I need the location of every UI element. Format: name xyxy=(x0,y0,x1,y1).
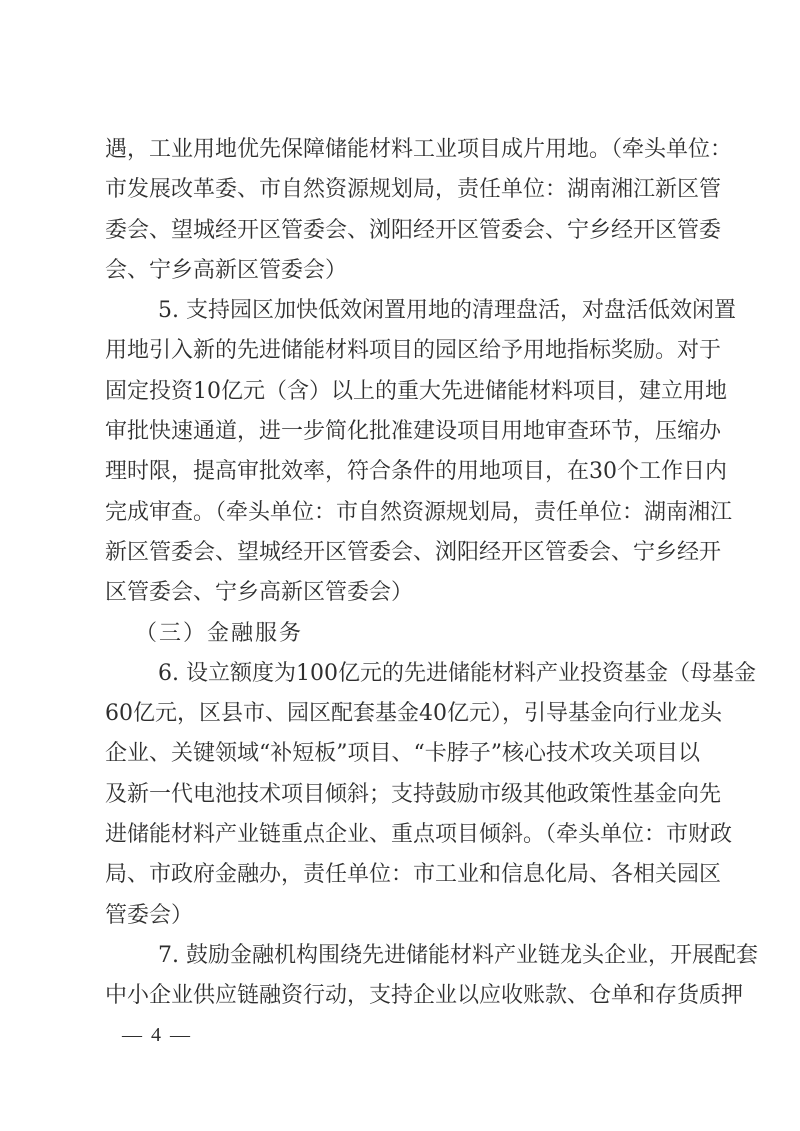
section-heading-finance: （三）金融服务 xyxy=(105,614,695,654)
paragraph-line: 企业、关键领域“补短板”项目、“卡脖子”核心技术攻关项目以 xyxy=(105,734,695,774)
body-text: 遇，工业用地优先保障储能材料工业项目成片用地。（牵头单位： 市发展改革委、市自然… xyxy=(105,130,695,1017)
paragraph-line: 完成审查。（牵头单位：市自然资源规划局，责任单位：湖南湘江 xyxy=(105,493,695,533)
item-5-first-line: 5. 支持园区加快低效闲置用地的清理盘活，对盘活低效闲置 xyxy=(105,291,695,331)
paragraph-line: 中小企业供应链融资行动，支持企业以应收账款、仓单和存货质押 xyxy=(105,976,695,1016)
paragraph-line: 会、宁乡高新区管委会） xyxy=(105,251,695,291)
page-number: — 4 — xyxy=(122,1024,192,1047)
paragraph-line: 局、市政府金融办，责任单位：市工业和信息化局、各相关园区 xyxy=(105,855,695,895)
document-page: 遇，工业用地优先保障储能材料工业项目成片用地。（牵头单位： 市发展改革委、市自然… xyxy=(0,0,800,1131)
paragraph-line: 理时限，提高审批效率，符合条件的用地项目，在30个工作日内 xyxy=(105,452,695,492)
paragraph-line: 固定投资10亿元（含）以上的重大先进储能材料项目，建立用地 xyxy=(105,372,695,412)
paragraph-line: 进储能材料产业链重点企业、重点项目倾斜。（牵头单位：市财政 xyxy=(105,815,695,855)
paragraph-line: 用地引入新的先进储能材料项目的园区给予用地指标奖励。对于 xyxy=(105,331,695,371)
paragraph-line: 管委会） xyxy=(105,896,695,936)
item-7-first-line: 7. 鼓励金融机构围绕先进储能材料产业链龙头企业，开展配套 xyxy=(105,936,695,976)
paragraph-line: 市发展改革委、市自然资源规划局，责任单位：湖南湘江新区管 xyxy=(105,170,695,210)
paragraph-line: 区管委会、宁乡高新区管委会） xyxy=(105,573,695,613)
paragraph-line: 审批快速通道，进一步简化批准建设项目用地审查环节，压缩办 xyxy=(105,412,695,452)
paragraph-line: 遇，工业用地优先保障储能材料工业项目成片用地。（牵头单位： xyxy=(105,130,695,170)
paragraph-line: 新区管委会、望城经开区管委会、浏阳经开区管委会、宁乡经开 xyxy=(105,533,695,573)
item-6-first-line: 6. 设立额度为100亿元的先进储能材料产业投资基金（母基金 xyxy=(105,654,695,694)
paragraph-line: 60亿元，区县市、园区配套基金40亿元），引导基金向行业龙头 xyxy=(105,694,695,734)
paragraph-line: 委会、望城经开区管委会、浏阳经开区管委会、宁乡经开区管委 xyxy=(105,211,695,251)
paragraph-line: 及新一代电池技术项目倾斜；支持鼓励市级其他政策性基金向先 xyxy=(105,775,695,815)
